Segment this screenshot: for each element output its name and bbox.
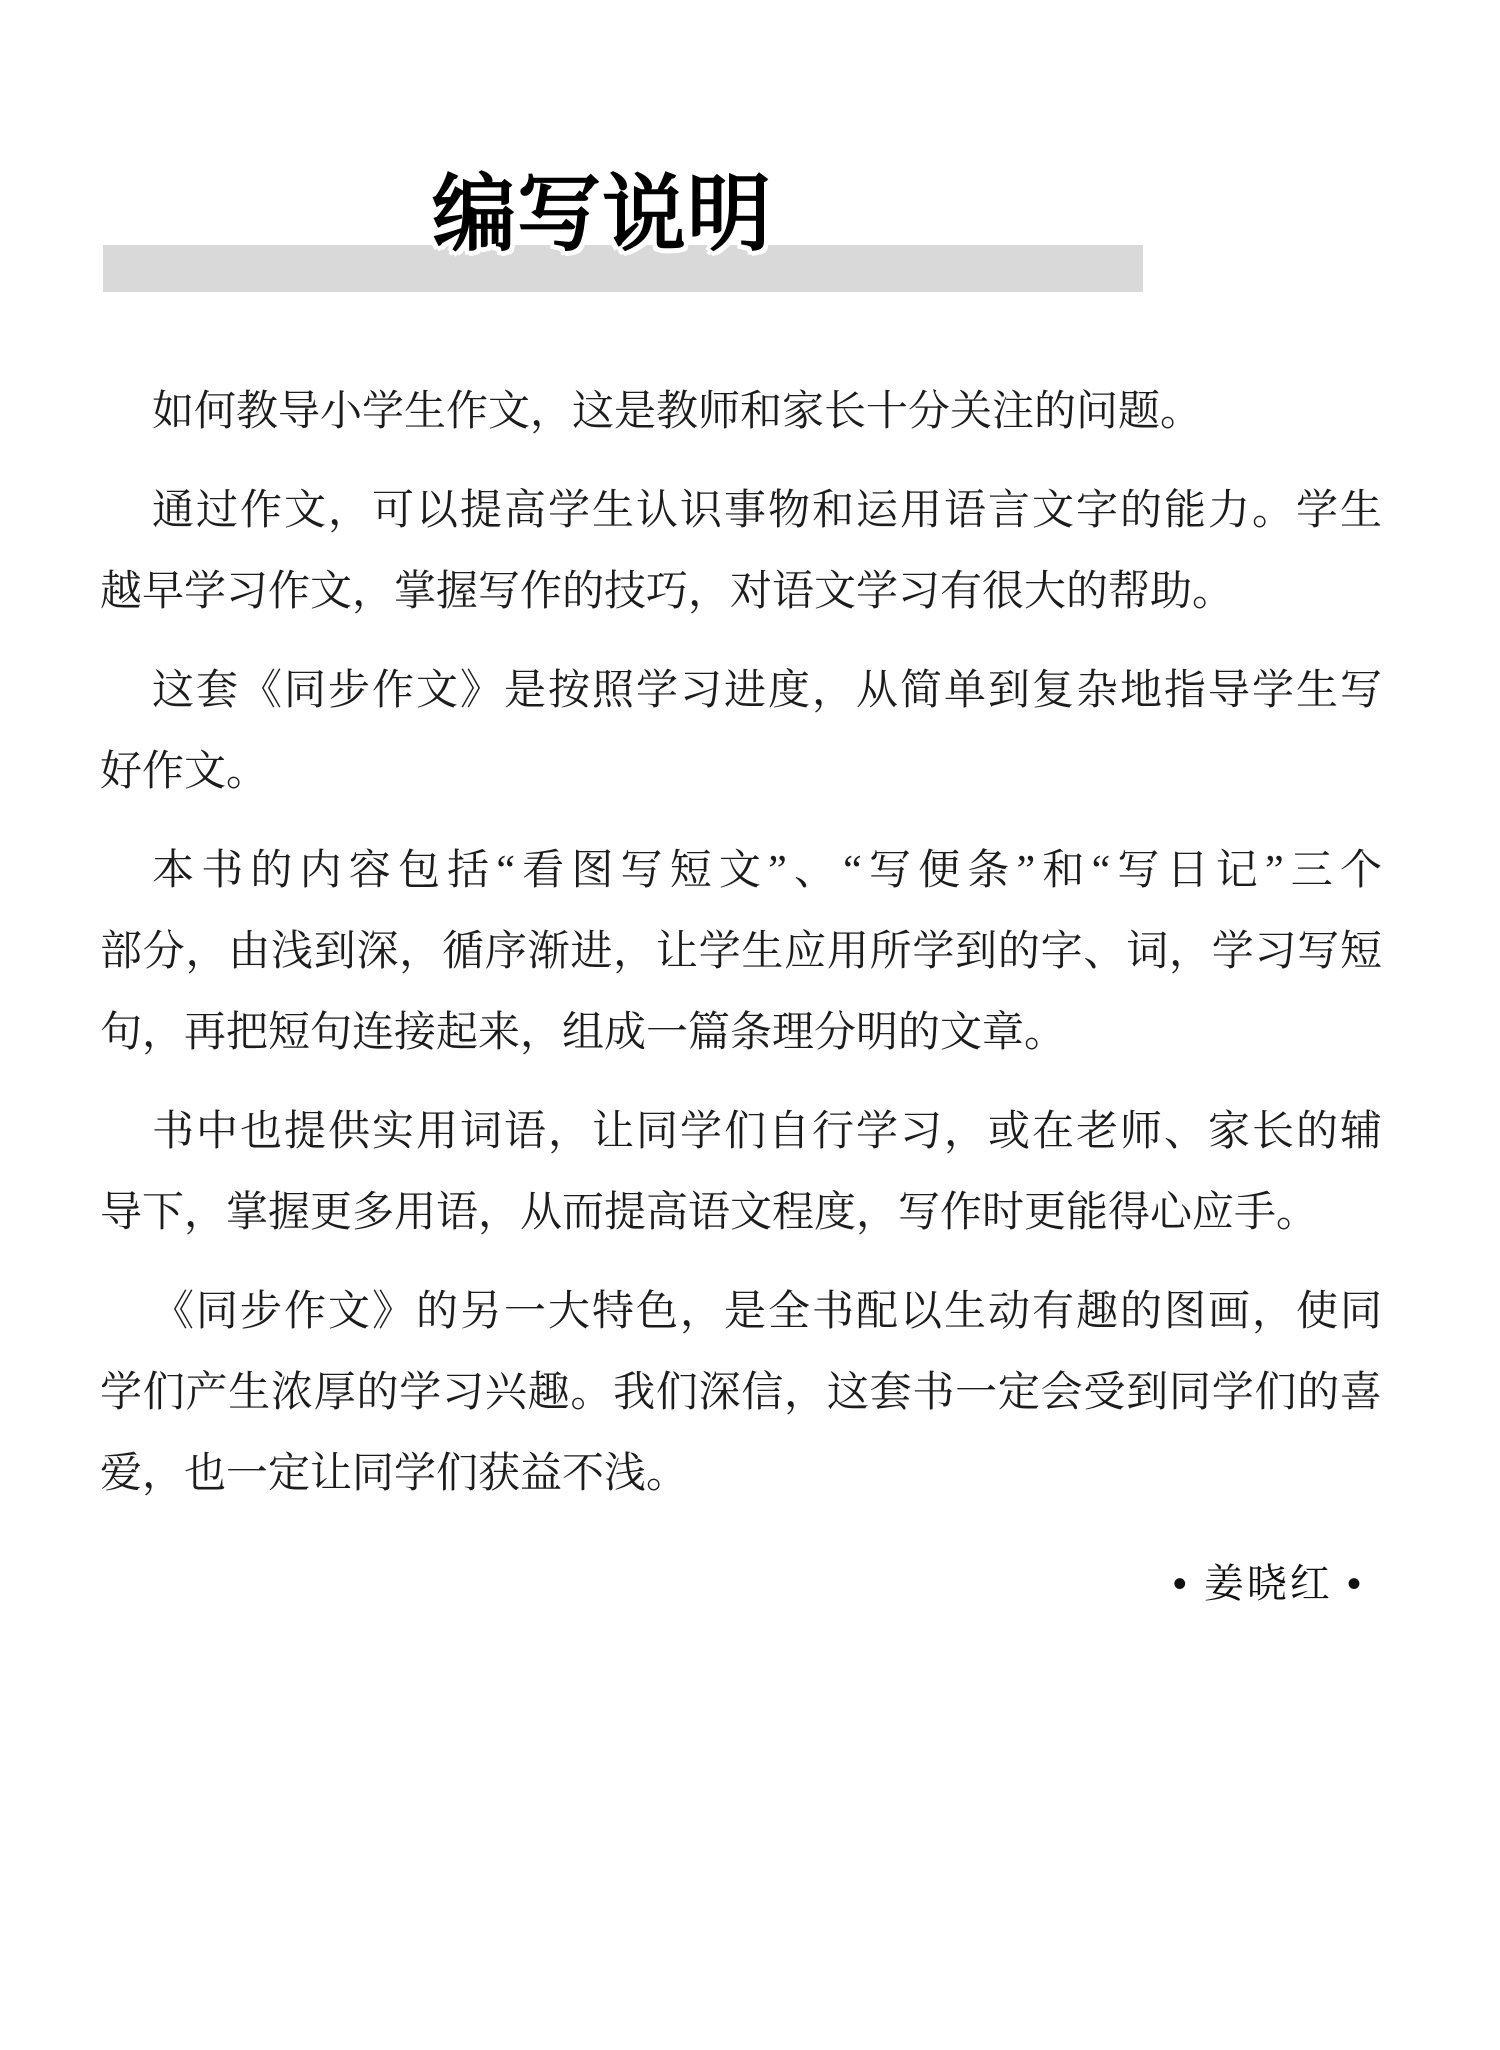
paragraph-2: 通过作文，可以提高学生认识事物和运用语言文字的能力。学生 越早学习作文，掌握写作… (100, 471, 1382, 633)
paragraph-3: 这套《同步作文》是按照学习进度，从简单到复杂地指导学生写 好作文。 (100, 651, 1382, 813)
paragraph-6: 《同步作文》的另一大特色，是全书配以生动有趣的图画，使同 学们产生浓厚的学习兴趣… (100, 1272, 1382, 1515)
text-line: 好作文。 (100, 732, 1382, 813)
page-title: 编写说明 (432, 168, 772, 260)
title-area: 编写说明 (0, 0, 1500, 300)
text-line: 这套《同步作文》是按照学习进度，从简单到复杂地指导学生写 (100, 651, 1382, 732)
text-line: 导下，掌握更多用语，从而提高语文程度，写作时更能得心应手。 (100, 1173, 1382, 1254)
text-line: 爱，也一定让同学们获益不浅。 (100, 1434, 1382, 1515)
preface-body: 如何教导小学生作文，这是教师和家长十分关注的问题。 通过作文，可以提高学生认识事… (100, 372, 1382, 1533)
text-line: 学们产生浓厚的学习兴趣。我们深信，这套书一定会受到同学们的喜 (100, 1353, 1382, 1434)
text-line: 越早学习作文，掌握写作的技巧，对语文学习有很大的帮助。 (100, 552, 1382, 633)
paragraph-1: 如何教导小学生作文，这是教师和家长十分关注的问题。 (100, 372, 1382, 453)
text-line: 句，再把短句连接起来，组成一篇条理分明的文章。 (100, 993, 1382, 1074)
author-signature: • 姜晓红 • (100, 1560, 1382, 1608)
text-line: 如何教导小学生作文，这是教师和家长十分关注的问题。 (100, 372, 1382, 453)
text-line: 书中也提供实用词语，让同学们自行学习，或在老师、家长的辅 (100, 1092, 1382, 1173)
paragraph-4: 本书的内容包括“看图写短文”、“写便条”和“写日记”三个 部分，由浅到深，循序渐… (100, 831, 1382, 1074)
paragraph-5: 书中也提供实用词语，让同学们自行学习，或在老师、家长的辅 导下，掌握更多用语，从… (100, 1092, 1382, 1254)
text-line: 《同步作文》的另一大特色，是全书配以生动有趣的图画，使同 (100, 1272, 1382, 1353)
text-line: 通过作文，可以提高学生认识事物和运用语言文字的能力。学生 (100, 471, 1382, 552)
book-page: 编写说明 如何教导小学生作文，这是教师和家长十分关注的问题。 通过作文，可以提高… (0, 0, 1500, 2050)
text-line: 部分，由浅到深，循序渐进，让学生应用所学到的字、词，学习写短 (100, 912, 1382, 993)
text-line: 本书的内容包括“看图写短文”、“写便条”和“写日记”三个 (100, 831, 1382, 912)
